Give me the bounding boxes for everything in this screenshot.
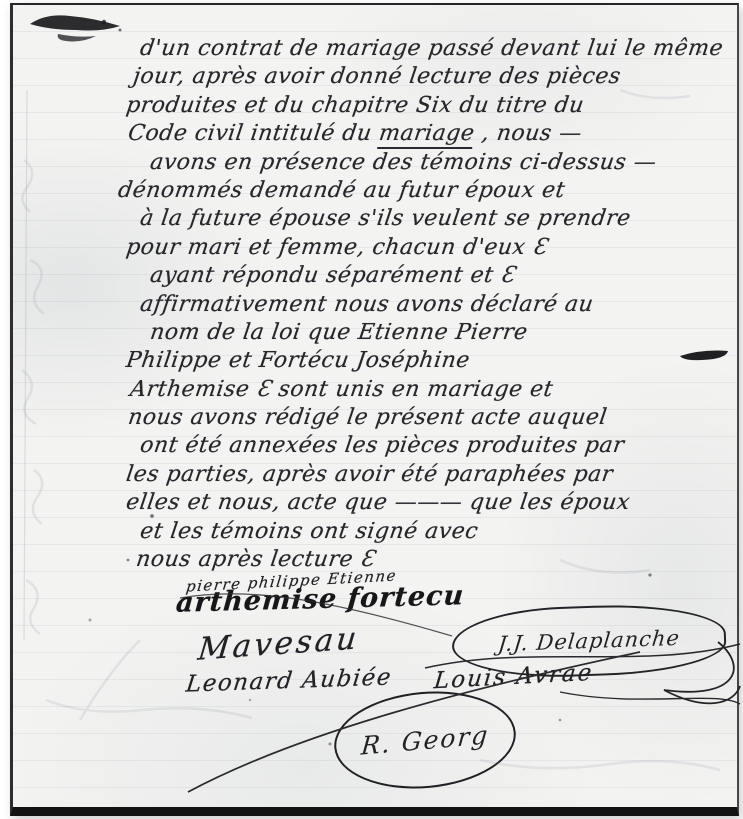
signature-witness-2: Leonard Aubiée: [184, 664, 393, 697]
signature-witness-1: Mavesau: [196, 620, 361, 668]
signature-encircled: R. Georg: [360, 720, 491, 761]
manuscript-line: ayant répondu séparément et Ɛ: [148, 263, 725, 291]
manuscript-text-block: d'un contrat de mariage passé devant lui…: [118, 36, 723, 575]
manuscript-line: affirmativement nous avons déclaré au: [138, 292, 725, 320]
manuscript-line: Arthemise Ɛ sont unis en mariage et: [128, 377, 725, 405]
manuscript-line: pour mari et femme, chacun d'eux Ɛ: [124, 235, 725, 263]
manuscript-line: d'un contrat de mariage passé devant lui…: [138, 36, 725, 64]
manuscript-line: à la future épouse s'ils veulent se pren…: [138, 206, 725, 234]
manuscript-line: produites et du chapitre Six du titre du: [124, 93, 725, 121]
manuscript-line: ont été annexées les pièces produites pa…: [138, 433, 725, 461]
signature-officiant: J.J. Delaplanche: [497, 626, 681, 656]
manuscript-line: Philippe et Fortécu Joséphine: [124, 348, 725, 376]
manuscript-line: nom de la loi que Etienne Pierre: [148, 320, 725, 348]
manuscript-line: avons en présence des témoins ci-dessus …: [148, 150, 725, 178]
manuscript-line: nous avons rédigé le présent acte auquel: [126, 405, 725, 433]
manuscript-line: les parties, après avoir été paraphées p…: [124, 462, 725, 490]
manuscript-line: Code civil intitulé du mariage , nous —: [126, 121, 725, 149]
line-segment: Code civil intitulé du: [126, 121, 380, 146]
manuscript-line: et les témoins ont signé avec: [138, 519, 725, 547]
manuscript-line: dénommés demandé au futur époux et: [116, 178, 725, 206]
line-segment: , nous —: [473, 121, 584, 146]
manuscript-line: elles et nous, acte que ——— que les épou…: [124, 490, 725, 518]
signature-bride: arthemise fortecu: [175, 580, 466, 619]
signature-witness-3: Louis Avrae: [433, 660, 595, 695]
signature-encircling-flourish: R. Georg: [330, 684, 520, 795]
underlined-word-mariage: mariage: [377, 121, 476, 149]
scanned-marriage-record: d'un contrat de mariage passé devant lui…: [0, 0, 743, 819]
manuscript-line: nous après lecture Ɛ: [134, 547, 725, 575]
manuscript-line: jour, après avoir donné lecture des pièc…: [131, 64, 725, 92]
